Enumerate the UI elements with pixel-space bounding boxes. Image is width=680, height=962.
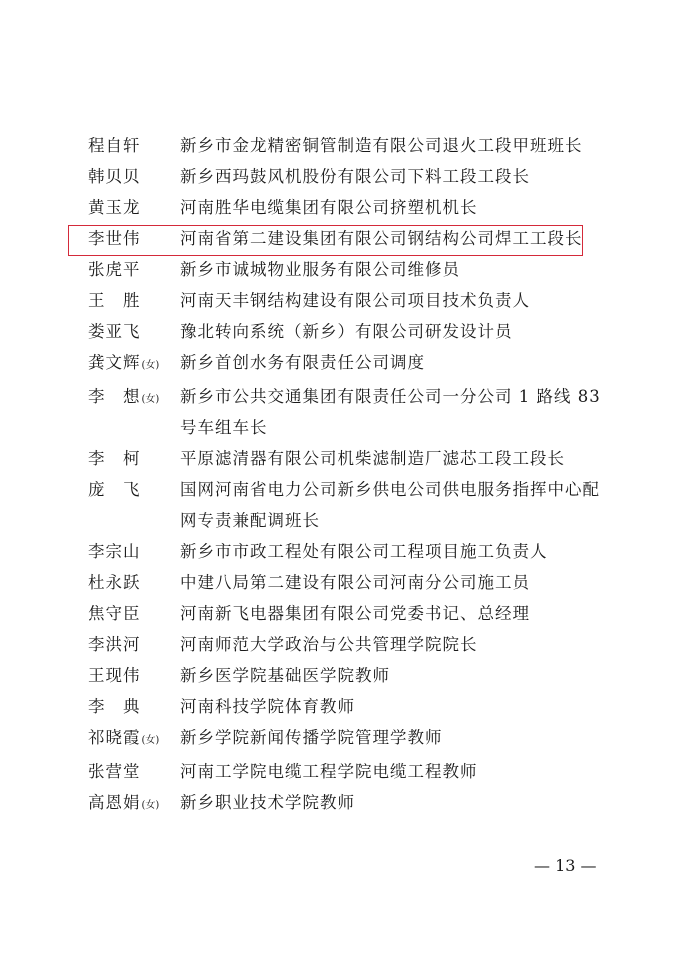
list-item: 焦守臣河南新飞电器集团有限公司党委书记、总经理: [88, 598, 608, 629]
person-title: 中建八局第二建设有限公司河南分公司施工员: [180, 567, 608, 598]
page-number: — 13 —: [534, 856, 597, 875]
person-name: 庞 飞: [88, 480, 141, 499]
person-name: 王 胜: [88, 291, 141, 310]
list-item: 王现伟新乡医学院基础医学院教师: [88, 660, 608, 691]
person-name: 韩贝贝: [88, 167, 141, 186]
person-title: 河南新飞电器集团有限公司党委书记、总经理: [180, 598, 608, 629]
person-name: 王现伟: [88, 666, 141, 685]
person-title: 新乡学院新闻传播学院管理学教师: [180, 722, 608, 753]
document-page: 程自轩新乡市金龙精密铜管制造有限公司退火工段甲班班长 韩贝贝新乡西玛鼓风机股份有…: [0, 0, 680, 962]
person-title: 国网河南省电力公司新乡供电公司供电服务指挥中心配网专责兼配调班长: [180, 474, 608, 536]
person-title: 河南师范大学政治与公共管理学院院长: [180, 629, 608, 660]
person-title: 新乡市公共交通集团有限责任公司一分公司 1 路线 83 号车组车长: [180, 381, 608, 443]
person-name: 李 柯: [88, 449, 141, 468]
list-item: 庞 飞国网河南省电力公司新乡供电公司供电服务指挥中心配网专责兼配调班长: [88, 474, 608, 536]
list-item: 李宗山新乡市市政工程处有限公司工程项目施工负责人: [88, 536, 608, 567]
person-name: 黄玉龙: [88, 198, 141, 217]
person-name: 李 想: [88, 387, 141, 406]
list-item: 张营堂河南工学院电缆工程学院电缆工程教师: [88, 756, 608, 787]
gender-tag: (女): [142, 800, 160, 811]
honoree-list: 程自轩新乡市金龙精密铜管制造有限公司退火工段甲班班长 韩贝贝新乡西玛鼓风机股份有…: [88, 130, 608, 821]
list-item: 李 典河南科技学院体育教师: [88, 691, 608, 722]
person-name: 张营堂: [88, 762, 141, 781]
gender-tag: (女): [142, 394, 160, 405]
list-item-highlighted: 李世伟河南省第二建设集团有限公司钢结构公司焊工工段长: [88, 223, 608, 254]
list-item: 李 想(女)新乡市公共交通集团有限责任公司一分公司 1 路线 83 号车组车长: [88, 381, 608, 443]
list-item: 李洪河河南师范大学政治与公共管理学院院长: [88, 629, 608, 660]
person-title: 河南天丰钢结构建设有限公司项目技术负责人: [180, 285, 608, 316]
person-title: 豫北转向系统（新乡）有限公司研发设计员: [180, 316, 608, 347]
person-name: 杜永跃: [88, 573, 141, 592]
person-title: 新乡市市政工程处有限公司工程项目施工负责人: [180, 536, 608, 567]
list-item: 杜永跃中建八局第二建设有限公司河南分公司施工员: [88, 567, 608, 598]
person-title: 新乡医学院基础医学院教师: [180, 660, 608, 691]
list-item: 韩贝贝新乡西玛鼓风机股份有限公司下料工段工段长: [88, 161, 608, 192]
person-title: 新乡西玛鼓风机股份有限公司下料工段工段长: [180, 161, 608, 192]
person-name: 李 典: [88, 697, 141, 716]
list-item: 张虎平新乡市诚城物业服务有限公司维修员: [88, 254, 608, 285]
list-item: 龚文辉(女)新乡首创水务有限责任公司调度: [88, 347, 608, 381]
person-title: 平原滤清器有限公司机柴滤制造厂滤芯工段工段长: [180, 443, 608, 474]
person-title: 河南胜华电缆集团有限公司挤塑机机长: [180, 192, 608, 223]
person-name: 李世伟: [88, 229, 141, 248]
list-item: 祁晓霞(女)新乡学院新闻传播学院管理学教师: [88, 722, 608, 756]
person-title: 河南科技学院体育教师: [180, 691, 608, 722]
list-item: 王 胜河南天丰钢结构建设有限公司项目技术负责人: [88, 285, 608, 316]
person-name: 程自轩: [88, 136, 141, 155]
person-title: 新乡职业技术学院教师: [180, 787, 608, 818]
list-item: 程自轩新乡市金龙精密铜管制造有限公司退火工段甲班班长: [88, 130, 608, 161]
person-name: 李宗山: [88, 542, 141, 561]
person-title: 新乡首创水务有限责任公司调度: [180, 347, 608, 378]
person-name: 张虎平: [88, 260, 141, 279]
list-item: 李 柯平原滤清器有限公司机柴滤制造厂滤芯工段工段长: [88, 443, 608, 474]
list-item: 娄亚飞豫北转向系统（新乡）有限公司研发设计员: [88, 316, 608, 347]
person-name: 高恩娟: [88, 793, 141, 812]
person-name: 龚文辉: [88, 353, 141, 372]
gender-tag: (女): [142, 735, 160, 746]
person-title: 新乡市诚城物业服务有限公司维修员: [180, 254, 608, 285]
list-item: 高恩娟(女)新乡职业技术学院教师: [88, 787, 608, 821]
gender-tag: (女): [142, 360, 160, 371]
person-name: 焦守臣: [88, 604, 141, 623]
person-name: 娄亚飞: [88, 322, 141, 341]
list-item: 黄玉龙河南胜华电缆集团有限公司挤塑机机长: [88, 192, 608, 223]
person-name: 祁晓霞: [88, 728, 141, 747]
person-title: 河南省第二建设集团有限公司钢结构公司焊工工段长: [180, 223, 608, 254]
person-title: 河南工学院电缆工程学院电缆工程教师: [180, 756, 608, 787]
person-name: 李洪河: [88, 635, 141, 654]
person-title: 新乡市金龙精密铜管制造有限公司退火工段甲班班长: [180, 130, 608, 161]
